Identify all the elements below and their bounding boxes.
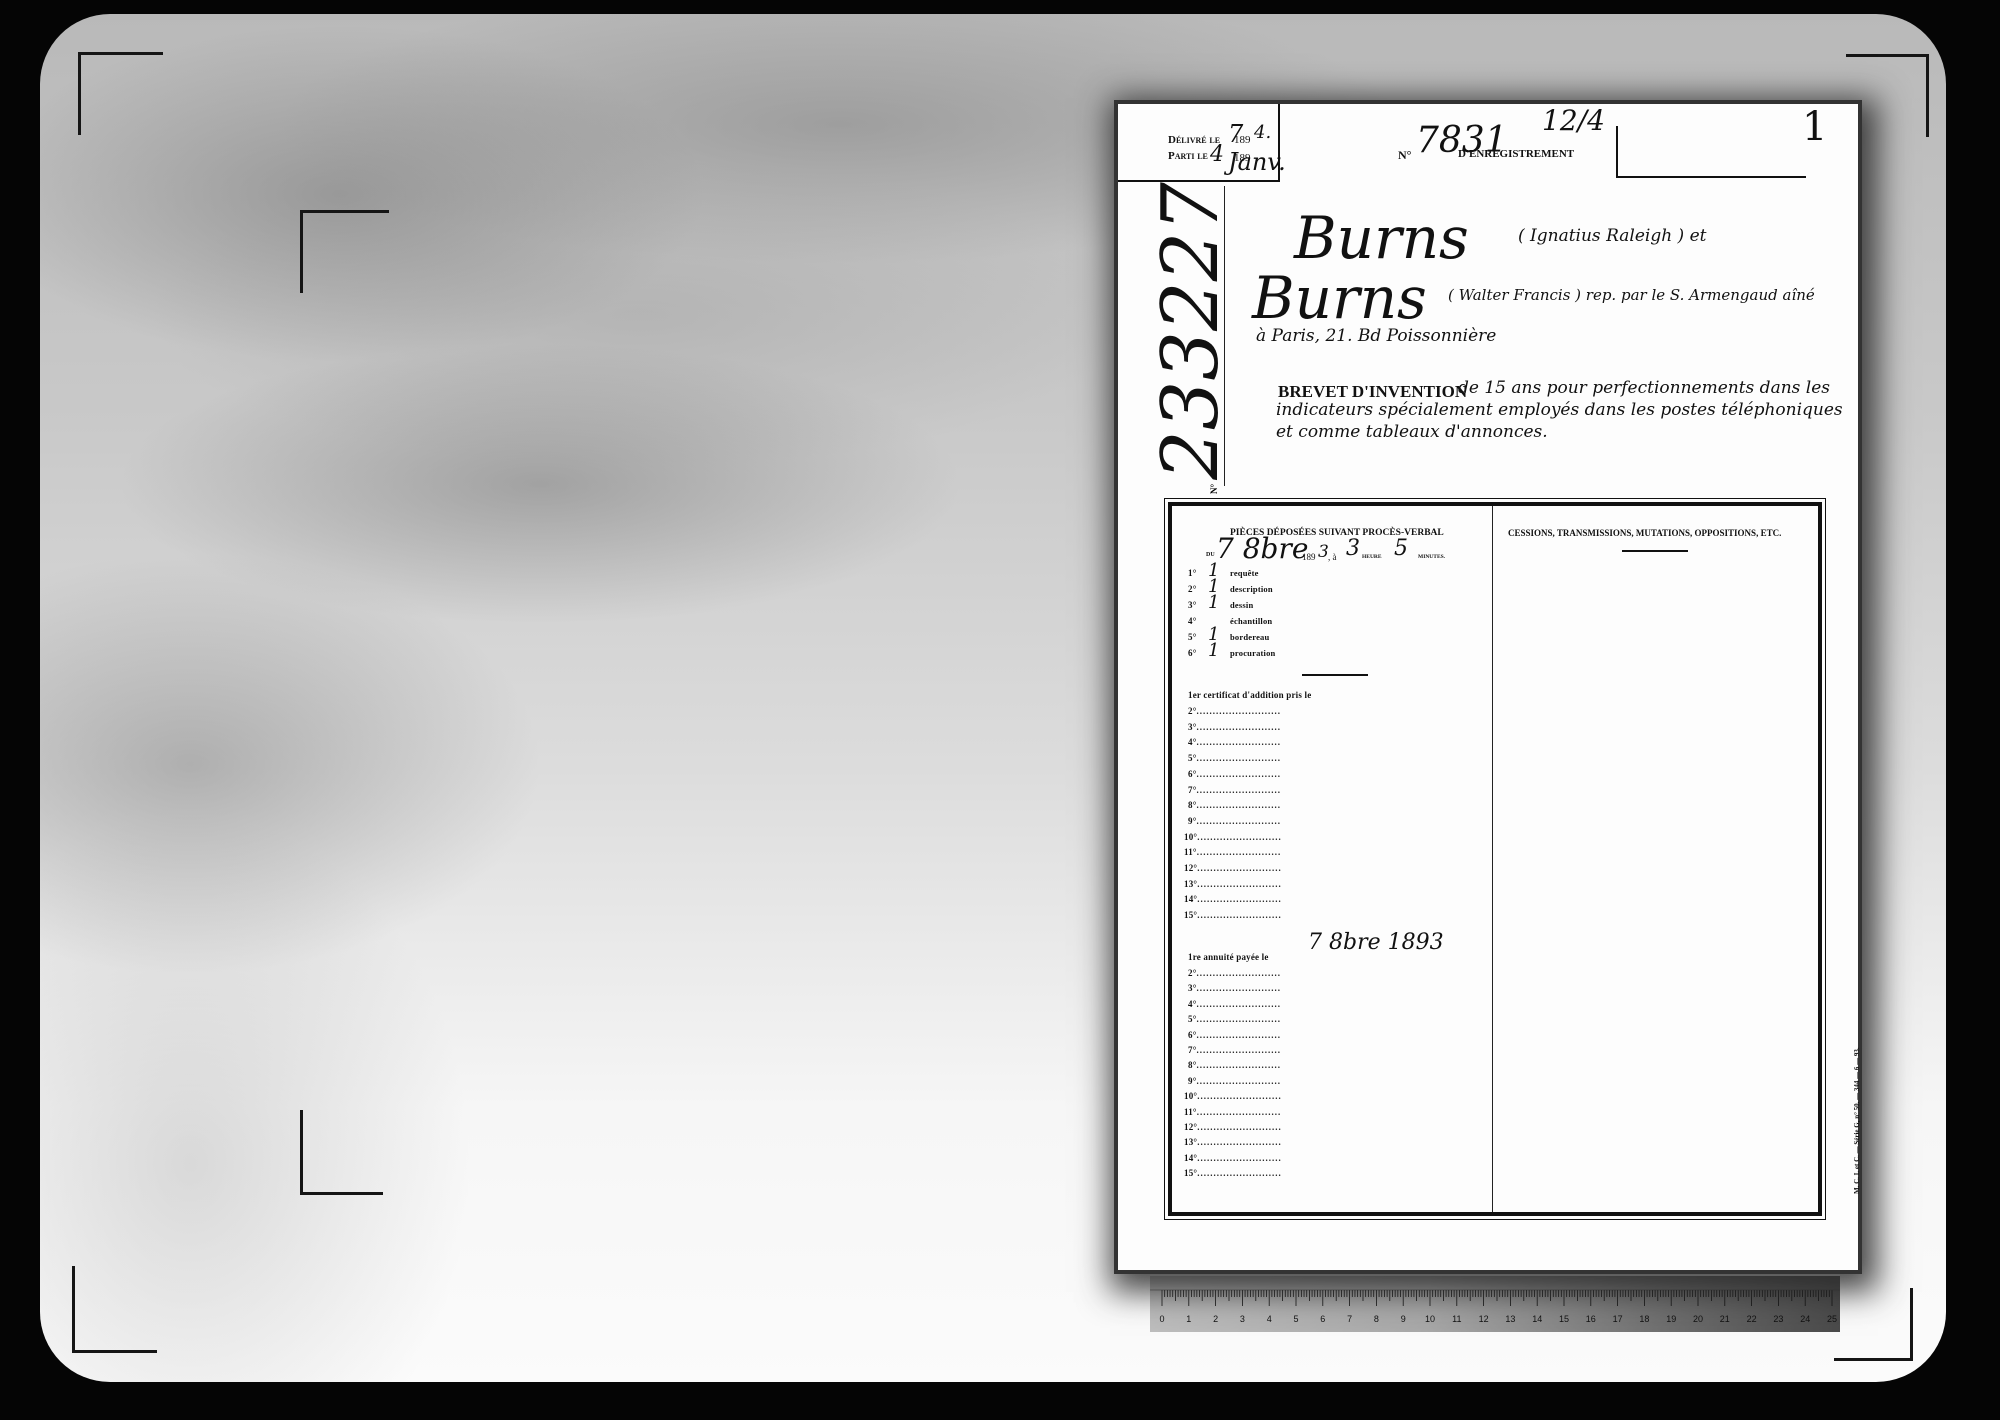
svg-text:14: 14 (1532, 1314, 1542, 1324)
svg-text:22: 22 (1747, 1314, 1757, 1324)
applicant-1-surname: Burns (1294, 204, 1469, 272)
svg-text:16: 16 (1586, 1314, 1596, 1324)
address: à Paris, 21. Bd Poissonnière (1256, 326, 1496, 346)
du-label: DU (1206, 552, 1215, 558)
year-prefix: 189 (1302, 552, 1316, 562)
section-rule (1302, 674, 1368, 676)
piece-num: 5° (1188, 632, 1197, 642)
annuite-value: 7 8bre 1893 (1308, 930, 1444, 955)
delivery-box: Délivré le 7 Janv. 189 4. Parti le 4 189… (1118, 104, 1280, 182)
svg-text:10: 10 (1425, 1314, 1435, 1324)
svg-text:2: 2 (1213, 1314, 1218, 1324)
title-line-3: et comme tableaux d'annonces. (1276, 422, 1548, 442)
piece-count: 1 (1208, 592, 1219, 613)
piece-num: 4° (1188, 616, 1197, 626)
patent-number-prefix: N° (1209, 484, 1219, 494)
dotted-row: 11°.......................... (1184, 847, 1281, 857)
dotted-row: 15°.......................... (1184, 1168, 1282, 1178)
svg-text:17: 17 (1613, 1314, 1623, 1324)
applicant-1-given: ( Ignatius Raleigh ) et (1518, 226, 1707, 246)
piece-label: description (1230, 584, 1273, 594)
measurement-ruler: 0123456789101112131415161718192021222324… (1150, 1276, 1840, 1332)
certificat-first: 1er certificat d'addition pris le (1188, 690, 1311, 700)
annotation: 12/4 (1542, 104, 1605, 137)
delivre-year-prefix: 189 (1234, 134, 1251, 146)
sheet-number: 1 (1802, 104, 1827, 150)
piece-num: 6° (1188, 648, 1197, 658)
parti-label: Parti le (1168, 150, 1208, 162)
svg-text:15: 15 (1559, 1314, 1569, 1324)
du-value: 7 8bre (1216, 532, 1308, 565)
annuite-first: 1re annuité payée le (1188, 952, 1269, 962)
hour-value: 3 (1346, 536, 1360, 561)
applicant-2-surname: Burns (1252, 264, 1427, 332)
patent-number-block: N° 233227 (1146, 182, 1236, 494)
parti-year-prefix: 189 (1234, 152, 1251, 164)
dotted-row: 6°.......................... (1188, 1030, 1281, 1040)
applicant-2-given: ( Walter Francis ) rep. par le S. Armeng… (1448, 286, 1815, 304)
svg-text:0: 0 (1159, 1314, 1164, 1324)
svg-text:6: 6 (1320, 1314, 1325, 1324)
svg-text:13: 13 (1505, 1314, 1515, 1324)
dotted-row: 14°.......................... (1184, 894, 1282, 904)
dotted-row: 7°.......................... (1188, 785, 1281, 795)
dotted-row: 4°.......................... (1188, 999, 1281, 1009)
dotted-row: 10°.......................... (1184, 1091, 1282, 1101)
crop-mark-inner-bottom-left (300, 1110, 383, 1195)
dotted-row: 14°.......................... (1184, 1153, 1282, 1163)
piece-label: dessin (1230, 600, 1253, 610)
minute-label: MINUTES. (1418, 554, 1445, 560)
stamp-box (1616, 126, 1806, 178)
crop-mark-outer-top-left (78, 52, 163, 135)
dotted-row: 5°.......................... (1188, 1014, 1281, 1024)
dotted-row: 8°.......................... (1188, 1060, 1281, 1070)
crop-mark-inner-top-left (300, 210, 389, 293)
patent-document: Délivré le 7 Janv. 189 4. Parti le 4 189… (1118, 104, 1858, 1270)
dotted-row: 13°.......................... (1184, 879, 1282, 889)
svg-text:4: 4 (1267, 1314, 1272, 1324)
dotted-row: 5°.......................... (1188, 753, 1281, 763)
registration-prefix: N° (1398, 148, 1411, 163)
dotted-row: 4°.......................... (1188, 737, 1281, 747)
dotted-row: 7°.......................... (1188, 1045, 1281, 1055)
dotted-row: 8°.......................... (1188, 800, 1281, 810)
svg-text:21: 21 (1720, 1314, 1730, 1324)
svg-text:5: 5 (1293, 1314, 1298, 1324)
piece-label: procuration (1230, 648, 1276, 658)
delivre-year-suffix: 4. (1254, 122, 1271, 143)
svg-text:8: 8 (1374, 1314, 1379, 1324)
svg-text:25: 25 (1827, 1314, 1837, 1324)
dotted-row: 3°.......................... (1188, 983, 1281, 993)
parti-value: 4 (1210, 142, 1224, 167)
svg-text:12: 12 (1479, 1314, 1489, 1324)
dotted-row: 6°.......................... (1188, 769, 1281, 779)
dotted-row: 15°.......................... (1184, 910, 1282, 920)
svg-text:23: 23 (1773, 1314, 1783, 1324)
dotted-row: 2°.......................... (1188, 706, 1281, 716)
hour-label: HEURE (1362, 554, 1382, 560)
piece-label: requête (1230, 568, 1259, 578)
piece-label: bordereau (1230, 632, 1269, 642)
deposit-form: PIÈCES DÉPOSÉES SUIVANT PROCÈS-VERBAL DU… (1168, 502, 1822, 1216)
title-line-2: indicateurs spécialement employés dans l… (1276, 400, 1843, 420)
svg-text:3: 3 (1240, 1314, 1245, 1324)
piece-num: 1° (1188, 568, 1197, 578)
piece-num: 2° (1188, 584, 1197, 594)
dotted-row: 9°.......................... (1188, 816, 1281, 826)
svg-text:7: 7 (1347, 1314, 1352, 1324)
svg-text:1: 1 (1186, 1314, 1191, 1324)
crop-mark-outer-top-right (1846, 54, 1929, 137)
svg-text:11: 11 (1452, 1314, 1461, 1324)
parti-year-suffix: . (1256, 150, 1259, 162)
dotted-row: 12°.......................... (1184, 1122, 1282, 1132)
svg-text:19: 19 (1666, 1314, 1676, 1324)
dotted-row: 2°.......................... (1188, 968, 1281, 978)
cessions-rule (1622, 550, 1688, 552)
crop-mark-outer-bottom-right (1834, 1288, 1913, 1361)
piece-count: 1 (1208, 640, 1219, 661)
cessions-heading: CESSIONS, TRANSMISSIONS, MUTATIONS, OPPO… (1508, 528, 1781, 538)
title-label: BREVET D'INVENTION (1278, 382, 1467, 402)
svg-text:18: 18 (1639, 1314, 1649, 1324)
dotted-row: 13°.......................... (1184, 1137, 1282, 1147)
dotted-row: 3°.......................... (1188, 722, 1281, 732)
dotted-row: 10°.......................... (1184, 832, 1282, 842)
dotted-row: 9°.......................... (1188, 1076, 1281, 1086)
registration-label: D'ENREGISTREMENT (1458, 148, 1574, 160)
dotted-row: 11°.......................... (1184, 1107, 1281, 1117)
a-label: , à (1328, 552, 1337, 562)
form-column-divider (1492, 506, 1493, 1212)
svg-text:20: 20 (1693, 1314, 1703, 1324)
piece-num: 3° (1188, 600, 1197, 610)
piece-label: échantillon (1230, 616, 1272, 626)
ruler-scale: 0123456789101112131415161718192021222324… (1150, 1276, 1840, 1332)
printer-imprint: M. C. I. et C. — Série G, n° 50. — 344 —… (1853, 1047, 1861, 1194)
minute-value: 5 (1394, 536, 1408, 561)
svg-text:9: 9 (1401, 1314, 1406, 1324)
crop-mark-outer-bottom-left (72, 1266, 157, 1353)
patent-number: 233227 (1146, 182, 1236, 480)
title-line-1: de 15 ans pour perfectionnements dans le… (1458, 378, 1830, 398)
dotted-row: 12°.......................... (1184, 863, 1282, 873)
svg-text:24: 24 (1800, 1314, 1810, 1324)
